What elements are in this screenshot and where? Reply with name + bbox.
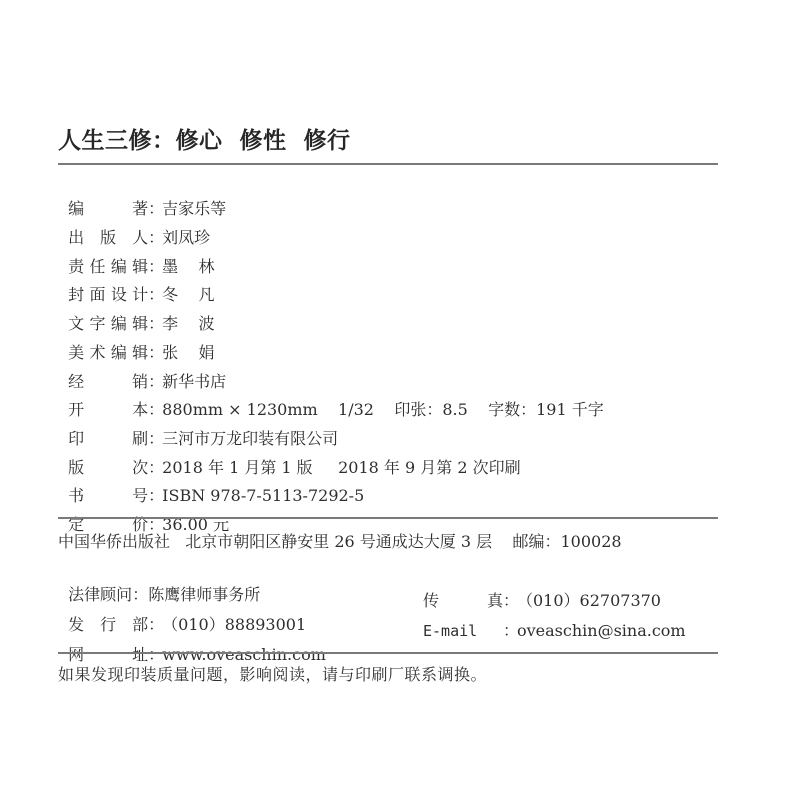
credit-row-isbn: 书号：ISBN 978-7-5113-7292-5 bbox=[58, 460, 364, 484]
credit-row-publisher-person: 出版人：刘凤珍 bbox=[58, 202, 210, 226]
credit-row-distributor: 经销：新华书店 bbox=[58, 346, 226, 370]
email-label: E-mail bbox=[423, 619, 503, 643]
credit-row-art-editor: 美术编辑：张 娟 bbox=[58, 317, 215, 341]
book-title: 人生三修：修心 修性 修行 bbox=[58, 122, 351, 155]
publisher-divider bbox=[58, 652, 718, 654]
fax-value: （010）62707370 bbox=[517, 591, 661, 610]
credit-row-format: 开本：880mm × 1230mm 1/32 印张：8.5 字数：191 千字 bbox=[58, 374, 604, 398]
credit-row-edition: 版次：2018 年 1 月第 1 版 2018 年 9 月第 2 次印刷 bbox=[58, 432, 521, 456]
quality-notice: 如果发现印装质量问题，影响阅读，请与印刷厂联系调换。 bbox=[58, 663, 487, 687]
credits-divider bbox=[58, 517, 718, 519]
credit-row-printer: 印刷：三河市万龙印装有限公司 bbox=[58, 403, 338, 427]
title-divider bbox=[58, 163, 718, 165]
credit-row-cover-design: 封面设计：冬 凡 bbox=[58, 259, 215, 283]
email-column: E-mail：oveaschin@sina.com bbox=[423, 619, 686, 643]
fax-label: 传真 bbox=[423, 589, 503, 613]
email-link[interactable]: oveaschin@sina.com bbox=[517, 621, 686, 640]
contact-phone-row: 发行部：（010）88893001 传真：（010）62707370 bbox=[58, 589, 718, 613]
colon: ： bbox=[503, 589, 517, 613]
colon: ： bbox=[503, 619, 517, 643]
credit-row-author: 编著：吉家乐等 bbox=[58, 173, 226, 197]
publisher-address: 中国华侨出版社 北京市朝阳区静安里 26 号通成达大厦 3 层 邮编：10002… bbox=[58, 530, 622, 554]
credit-row-editor: 责任编辑：墨 林 bbox=[58, 231, 215, 255]
credit-row-text-editor: 文字编辑：李 波 bbox=[58, 288, 215, 312]
fax-column: 传真：（010）62707370 bbox=[423, 589, 661, 613]
contact-web-row: 网址：www.oveaschin.com E-mail：oveaschin@si… bbox=[58, 619, 718, 643]
website-link[interactable]: www.oveaschin.com bbox=[162, 645, 326, 664]
credit-row-price: 定价：36.00 元 bbox=[58, 489, 229, 513]
